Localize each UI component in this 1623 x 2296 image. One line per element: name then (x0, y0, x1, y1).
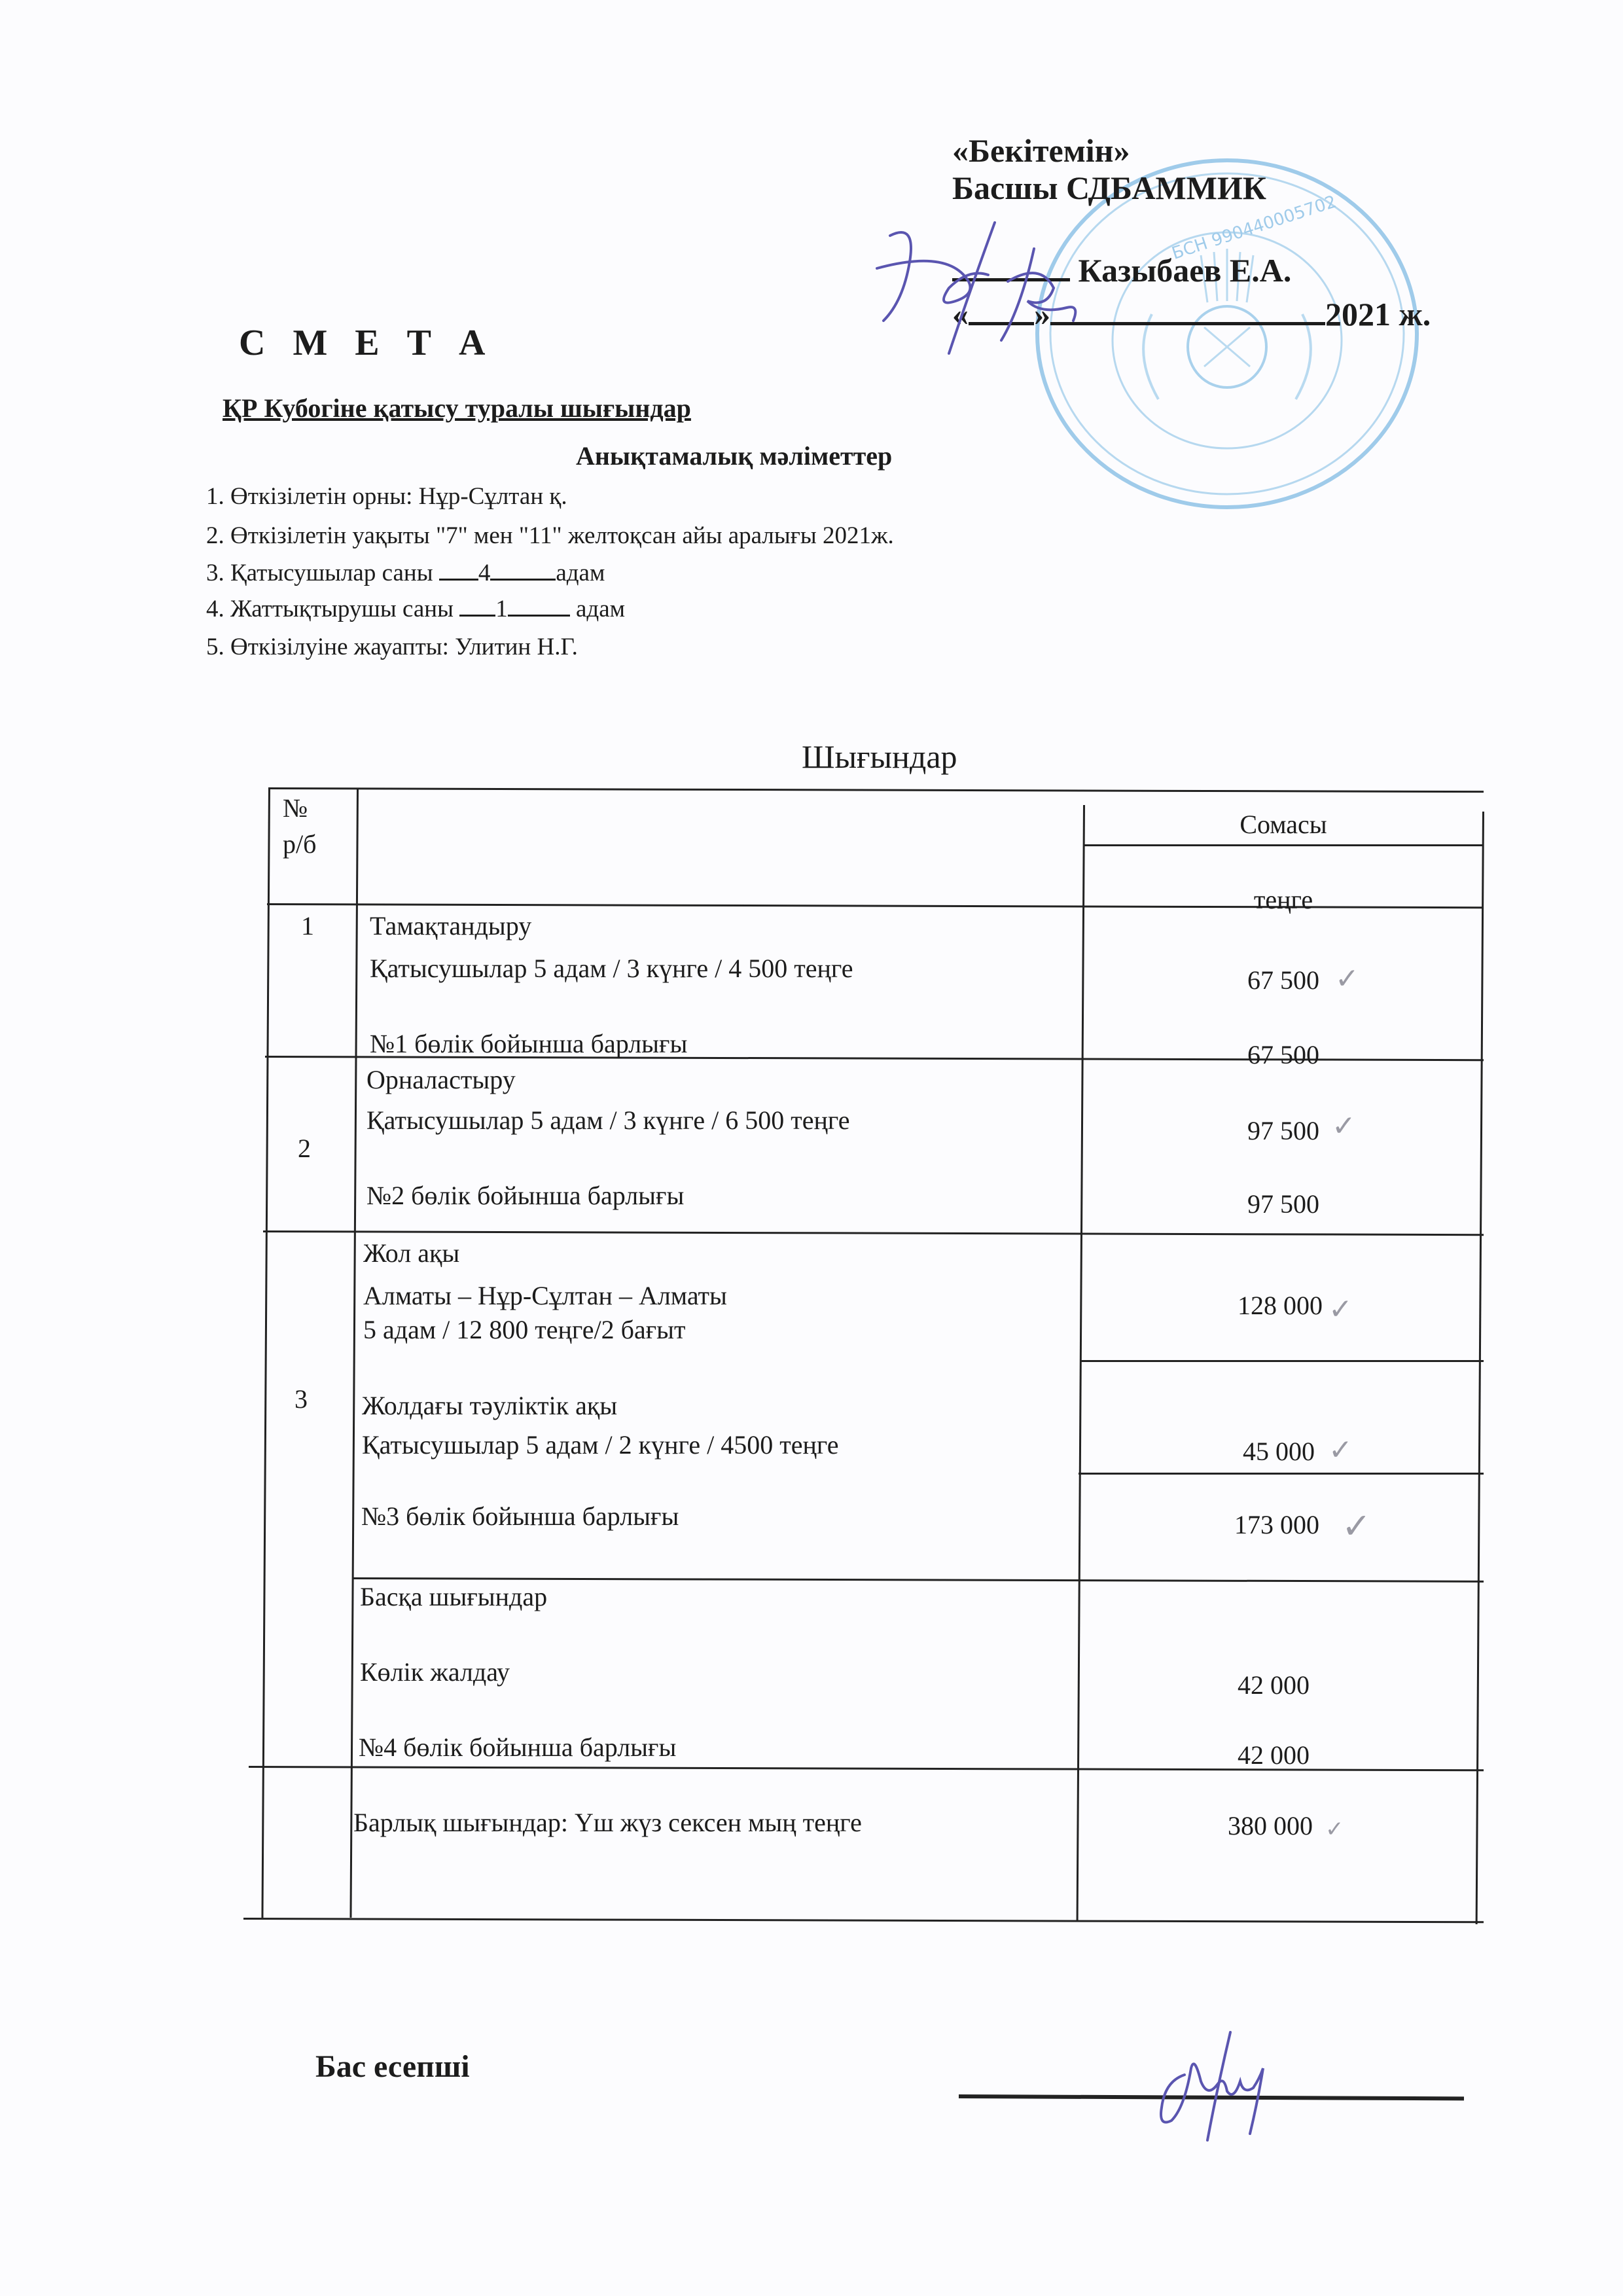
subtotal-label: №1 бөлік бойынша барлығы (370, 1031, 687, 1057)
accountant-label: Бас есепші (315, 2049, 470, 2085)
section-amount: 97 500 (1083, 1118, 1484, 1144)
info-item-participants: 3. Қатысушылар саны 4адам (206, 561, 605, 585)
subtotal-label: №2 бөлік бойынша барлығы (366, 1183, 684, 1209)
date-year: 2021 ж. (1325, 296, 1431, 332)
section-title: Орналастыру (366, 1067, 516, 1093)
section-title: Жол ақы (363, 1240, 459, 1266)
total-label: Барлық шығындар: Үш жүз сексен мың теңге (353, 1810, 862, 1836)
header-amount: Сомасы (1083, 812, 1484, 838)
subtotal-amount: 67 500 (1083, 1042, 1484, 1068)
section-detail: Қатысушылар 5 адам / 3 күнге / 4 500 тең… (370, 956, 853, 982)
section-detail: Қатысушылар 5 адам / 3 күнге / 6 500 тең… (366, 1107, 850, 1134)
section-detail: 5 адам / 12 800 теңге/2 бағыт (363, 1317, 686, 1343)
row-number: 1 (301, 913, 314, 939)
subtotal-amount: 42 000 (1073, 1742, 1474, 1768)
section-amount: 67 500 (1083, 967, 1484, 994)
section-amount: 42 000 (1073, 1672, 1474, 1698)
check-mark-icon: ✓ (1342, 1505, 1371, 1547)
section-route: Алматы – Нұр-Сұлтан – Алматы (363, 1283, 727, 1309)
approver-position: Басшы СДБАММИК (952, 171, 1266, 204)
info-item-location: 1. Өткізілетін орны: Нұр-Сұлтан қ. (206, 484, 567, 509)
approver-name: Казыбаев Е.А. (1079, 252, 1292, 289)
per-diem-detail: Қатысушылар 5 адам / 2 күнге / 4500 теңг… (362, 1432, 839, 1458)
approval-label: «Бекітемін» (952, 134, 1130, 167)
header-currency: теңге (1083, 887, 1484, 913)
check-mark-icon: ✓ (1325, 1816, 1344, 1842)
header-number-line1: № (283, 795, 308, 821)
check-mark-icon: ✓ (1329, 1293, 1353, 1326)
document-title: С М Е Т А (239, 322, 494, 364)
coaches-count: 1 (495, 596, 508, 622)
subtotal-label: №3 бөлік бойынша барлығы (361, 1503, 679, 1530)
header-number-line2: р/б (283, 831, 316, 857)
section-amount: 128 000 (1080, 1293, 1480, 1319)
row-number: 2 (298, 1136, 311, 1162)
check-mark-icon: ✓ (1335, 962, 1359, 996)
expenses-heading: Шығындар (802, 738, 957, 776)
section-detail: Көлік жалдау (360, 1659, 510, 1685)
section-title: Тамақтандыру (370, 913, 531, 939)
info-item-responsible: 5. Өткізілуіне жауапты: Улитин Н.Г. (206, 635, 578, 659)
participants-count: 4 (478, 560, 491, 586)
total-amount: 380 000 (1070, 1813, 1471, 1839)
subtotal-label: №4 бөлік бойынша барлығы (359, 1734, 676, 1761)
document-page: БСН 990440005702 «Бекітемін» Басшы СДБАМ… (0, 0, 1623, 2296)
row-number: 3 (294, 1386, 308, 1412)
subtotal-amount: 97 500 (1083, 1191, 1484, 1217)
per-diem-amount: 45 000 (1079, 1439, 1479, 1465)
check-mark-icon: ✓ (1329, 1433, 1353, 1467)
per-diem-title: Жолдағы тәуліктік ақы (362, 1393, 617, 1419)
director-signature-icon (870, 209, 1106, 360)
document-subtitle: ҚР Кубогіне қатысу туралы шығындар (223, 393, 691, 423)
info-item-coaches: 4. Жаттықтырушы саны 1 адам (206, 597, 625, 621)
subtotal-amount: 173 000 (1077, 1512, 1477, 1538)
section-title: Басқа шығындар (360, 1584, 547, 1610)
accountant-signature-icon (1145, 2029, 1289, 2147)
check-mark-icon: ✓ (1332, 1109, 1356, 1143)
info-item-dates: 2. Өткізілетін уақыты "7" мен "11" желто… (206, 524, 894, 548)
reference-heading: Анықтамалық мәліметтер (576, 440, 892, 471)
